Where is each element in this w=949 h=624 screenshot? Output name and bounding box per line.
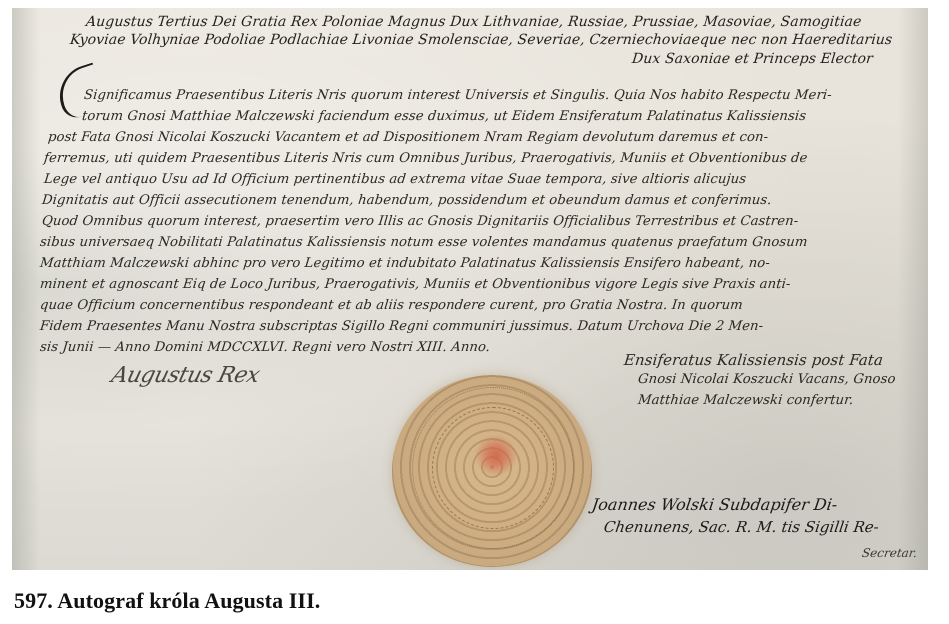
body-line: post Fata Gnosi Nicolai Koszucki Vacante… xyxy=(47,130,769,145)
document-photograph: Augustus Tertius Dei Gratia Rex Poloniae… xyxy=(12,8,928,570)
body-line: Matthiam Malczewski abhinc pro vero Legi… xyxy=(39,256,770,271)
body-line: ferremus, uti quidem Praesentibus Literi… xyxy=(43,151,808,166)
body-line: Quod Omnibus quorum interest, praesertim… xyxy=(41,214,799,229)
body-line: Dignitatis aut Officii assecutionem tene… xyxy=(41,193,772,208)
countersignature-line: Chenunens, Sac. R. M. tis Sigilli Re- xyxy=(603,518,880,536)
endorsement-line: Matthiae Malczewski confertur. xyxy=(637,393,854,408)
body-line: sis Junii — Anno Domini MDCCXLVI. Regni … xyxy=(39,340,491,355)
figure-caption: 597. Autograf króla Augusta III. xyxy=(14,588,320,614)
body-line: torum Gnosi Matthiae Malczewski faciendu… xyxy=(81,109,807,124)
body-line: sibus universaeq Nobilitati Palatinatus … xyxy=(39,235,808,250)
body-line: Lege vel antiquo Usu ad Id Officium pert… xyxy=(43,172,747,187)
royal-signature: Augustus Rex xyxy=(109,363,262,388)
title-line: Dux Saxoniae et Princeps Elector xyxy=(631,51,874,67)
body-line: Fidem Praesentes Manu Nostra subscriptas… xyxy=(39,319,764,334)
body-line: minent et agnoscant Eiq de Loco Juribus,… xyxy=(39,277,791,292)
endorsement-line: Gnosi Nicolai Koszucki Vacans, Gnoso xyxy=(637,372,896,387)
seal-inner-ring xyxy=(432,407,554,529)
body-line: Significamus Praesentibus Literis Nris q… xyxy=(83,88,832,103)
title-line: Augustus Tertius Dei Gratia Rex Poloniae… xyxy=(85,14,862,30)
wax-seal-icon xyxy=(392,375,592,567)
body-line: quae Officium concernentibus respondeant… xyxy=(39,298,743,313)
countersignature-line: Secretar. xyxy=(861,546,918,560)
title-line: Kyoviae Volhyniae Podoliae Podlachiae Li… xyxy=(69,32,893,48)
countersignature-line: Joannes Wolski Subdapifer Di- xyxy=(591,495,839,514)
endorsement-line: Ensiferatus Kalissiensis post Fata xyxy=(623,351,884,369)
